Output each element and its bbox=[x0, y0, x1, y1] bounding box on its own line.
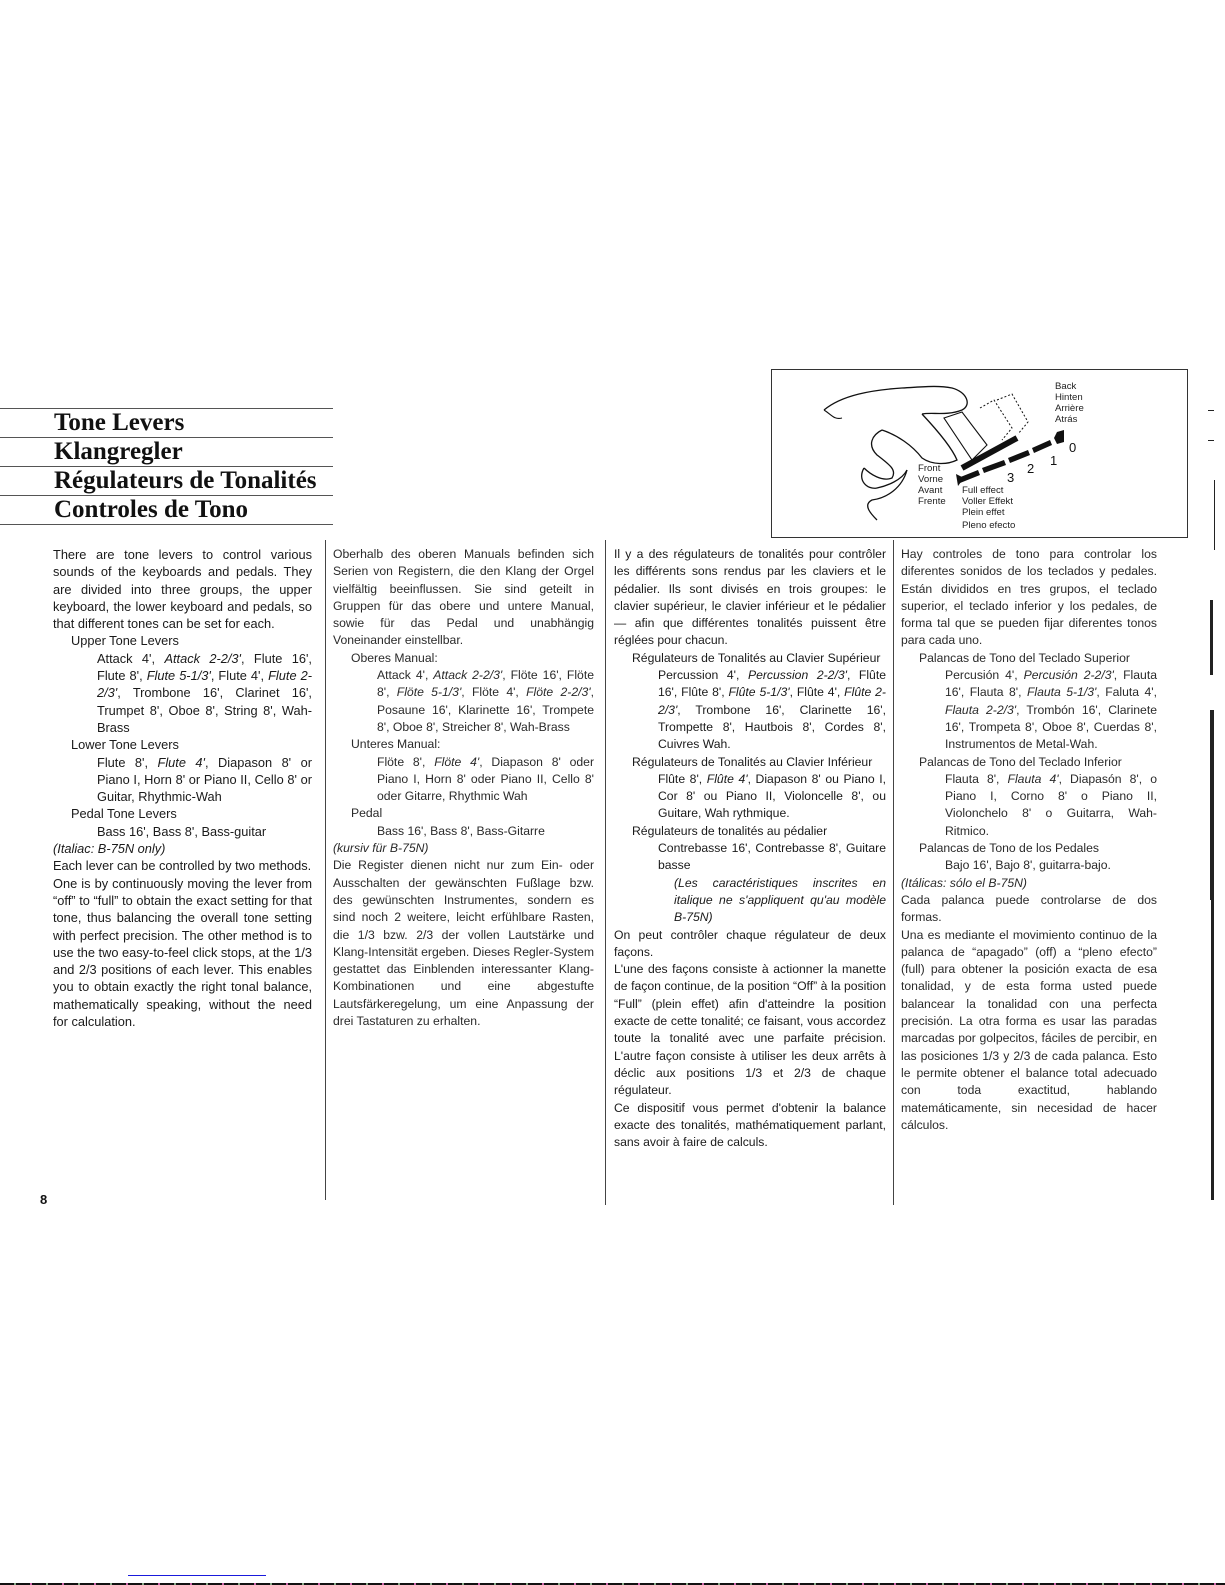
french-upper-heading: Régulateurs de Tonalités au Clavier Supé… bbox=[614, 650, 886, 667]
page-number: 8 bbox=[40, 1192, 47, 1207]
spanish-paragraph-2: Una es mediante el movimiento continuo d… bbox=[901, 927, 1157, 1135]
french-lower-items: Flûte 8', Flûte 4', Diapason 8' ou Piano… bbox=[614, 771, 886, 823]
italic-stop-name: Flöte 2-2/3' bbox=[526, 685, 591, 699]
stop-list-text: Attack 4', bbox=[97, 651, 164, 666]
position-0: 0 bbox=[1069, 440, 1076, 455]
edge-binding bbox=[1210, 710, 1214, 900]
title-french: Régulateurs de Tonalités bbox=[54, 467, 317, 495]
full-effect-en: Full effect bbox=[962, 485, 1003, 496]
spanish-paragraph-1: Cada palanca puede controlarse de dos fo… bbox=[901, 892, 1157, 927]
italic-stop-name: Flûte 5-1/3' bbox=[728, 685, 789, 699]
german-column: Oberhalb des oberen Manuals befinden sic… bbox=[333, 546, 594, 1030]
italic-stop-name: Flûte 4' bbox=[707, 772, 748, 786]
edge-binding bbox=[1210, 600, 1213, 675]
german-upper-heading: Oberes Manual: bbox=[333, 650, 594, 667]
full-effect-es: Pleno efecto bbox=[962, 520, 1015, 531]
english-intro: There are tone levers to control various… bbox=[53, 546, 312, 632]
stop-list-text: , Flûte 4', bbox=[790, 685, 845, 699]
italic-stop-name: Attack 2-2/3' bbox=[164, 651, 241, 666]
spanish-lower-heading: Palancas de Tono del Teclado Inferior bbox=[901, 754, 1157, 771]
french-lower-heading: Régulateurs de Tonalités au Clavier Infé… bbox=[614, 754, 886, 771]
stop-list-text: , Flute 4', bbox=[211, 668, 268, 683]
stop-list-text: Flauta 8', bbox=[945, 772, 1008, 786]
front-label-es: Frente bbox=[918, 496, 946, 507]
spanish-pedal-items: Bajo 16', Bajo 8', guitarra-bajo. bbox=[901, 857, 1157, 874]
italic-stop-name: Flauta 4' bbox=[1008, 772, 1059, 786]
column-divider bbox=[605, 540, 606, 1205]
spanish-column: Hay controles de tono para controlar los… bbox=[901, 546, 1157, 1134]
french-intro: Il y a des régulateurs de tonalités pour… bbox=[614, 546, 886, 650]
spanish-lower-items: Flauta 8', Flauta 4', Diapasón 8', o Pia… bbox=[901, 771, 1157, 840]
italic-stop-name: Flauta 2-2/3' bbox=[945, 703, 1016, 717]
spanish-pedal-heading: Palancas de Tono de los Pedales bbox=[901, 840, 1157, 857]
french-pedal-heading: Régulateurs de tonalités au pédalier bbox=[614, 823, 886, 840]
english-column: There are tone levers to control various… bbox=[53, 546, 312, 1030]
front-label-de: Vorne bbox=[918, 474, 943, 485]
title-spanish: Controles de Tono bbox=[54, 496, 248, 524]
tone-lever-diagram: Back Hinten Arrière Atrás 0 1 2 3 Front … bbox=[771, 369, 1188, 538]
position-3: 3 bbox=[1007, 470, 1014, 485]
italic-stop-name: Flöte 5-1/3' bbox=[397, 685, 462, 699]
english-upper-heading: Upper Tone Levers bbox=[53, 632, 312, 649]
edge-tick bbox=[1208, 410, 1214, 411]
italic-stop-name: Flauta 5-1/3' bbox=[1027, 685, 1096, 699]
stop-list-text: , Trombone 16', Clarinet 16', Trumpet 8'… bbox=[97, 685, 312, 735]
title-french-row: Régulateurs de Tonalités bbox=[0, 466, 333, 495]
english-lower-heading: Lower Tone Levers bbox=[53, 736, 312, 753]
stop-list-text: , Faluta 4', bbox=[1096, 685, 1157, 699]
italic-stop-name: Flöte 4' bbox=[434, 755, 479, 769]
italic-stop-name: Flute 5-1/3' bbox=[147, 668, 211, 683]
spanish-upper-items: Percusión 4', Percusión 2-2/3', Flauta 1… bbox=[901, 667, 1157, 753]
stop-list-text: Flöte 8', bbox=[377, 755, 434, 769]
french-paragraph-3: Ce dispositif vous permet d'obtenir la b… bbox=[614, 1100, 886, 1152]
italic-stop-name: Percussion 2-2/3' bbox=[748, 668, 847, 682]
back-label-es: Atrás bbox=[1055, 414, 1077, 425]
stop-list-text: , Flöte 4', bbox=[461, 685, 526, 699]
title-block: Tone Levers Klangregler Régulateurs de T… bbox=[0, 408, 333, 525]
column-divider bbox=[893, 540, 894, 1205]
german-lower-heading: Unteres Manual: bbox=[333, 736, 594, 753]
front-label-fr: Avant bbox=[918, 485, 942, 496]
english-upper-items: Attack 4', Attack 2-2/3', Flute 16', Flu… bbox=[53, 650, 312, 736]
english-pedal-heading: Pedal Tone Levers bbox=[53, 805, 312, 822]
position-2: 2 bbox=[1027, 461, 1034, 476]
italic-stop-name: Attack 2-2/3' bbox=[433, 668, 502, 682]
stop-list-text: Percussion 4', bbox=[658, 668, 748, 682]
spanish-intro: Hay controles de tono para controlar los… bbox=[901, 546, 1157, 650]
german-intro: Oberhalb des oberen Manuals befinden sic… bbox=[333, 546, 594, 650]
french-upper-items: Percussion 4', Percussion 2-2/3', Flûte … bbox=[614, 667, 886, 753]
stop-list-text: Flûte 8', bbox=[658, 772, 707, 786]
stop-list-text: Attack 4', bbox=[377, 668, 433, 682]
title-german: Klangregler bbox=[54, 438, 183, 466]
title-spanish-row: Controles de Tono bbox=[0, 495, 333, 525]
edge-line bbox=[1214, 480, 1215, 550]
title-english-row: Tone Levers bbox=[0, 408, 333, 437]
english-italic-note: (Italiac: B-75N only) bbox=[53, 840, 312, 857]
italic-stop-name: Flute 4' bbox=[158, 755, 205, 770]
french-column: Il y a des régulateurs de tonalités pour… bbox=[614, 546, 886, 1151]
link-underline bbox=[128, 1575, 266, 1576]
english-paragraph-1: Each lever can be controlled by two meth… bbox=[53, 857, 312, 874]
english-paragraph-2: One is by continuously moving the lever … bbox=[53, 875, 312, 1031]
german-upper-items: Attack 4', Attack 2-2/3', Flöte 16', Flö… bbox=[333, 667, 594, 736]
french-pedal-items: Contrebasse 16', Contrebasse 8', Guitare… bbox=[614, 840, 886, 875]
edge-tick bbox=[1208, 440, 1214, 441]
stop-list-text: Percusión 4', bbox=[945, 668, 1024, 682]
french-paragraph-2: L'une des façons consiste à actionner la… bbox=[614, 961, 886, 1099]
back-label-en: Back bbox=[1055, 381, 1076, 392]
back-label-de: Hinten bbox=[1055, 392, 1083, 403]
edge-binding bbox=[1211, 900, 1214, 1200]
spanish-italic-note: (Itálicas: sólo el B-75N) bbox=[901, 875, 1157, 892]
full-effect-de: Voller Effekt bbox=[962, 496, 1013, 507]
german-pedal-heading: Pedal bbox=[333, 805, 594, 822]
italic-stop-name: Percusión 2-2/3' bbox=[1024, 668, 1114, 682]
position-1: 1 bbox=[1050, 453, 1057, 468]
english-pedal-items: Bass 16', Bass 8', Bass-guitar bbox=[53, 823, 312, 840]
french-paragraph-1: On peut contrôler chaque régulateur de d… bbox=[614, 927, 886, 962]
german-pedal-items: Bass 16', Bass 8', Bass-Gitarre bbox=[333, 823, 594, 840]
german-lower-items: Flöte 8', Flöte 4', Diapason 8' oder Pia… bbox=[333, 754, 594, 806]
german-paragraph-1: Die Register dienen nicht nur zum Ein- o… bbox=[333, 857, 594, 1030]
full-effect-fr: Plein effet bbox=[962, 507, 1005, 518]
english-lower-items: Flute 8', Flute 4', Diapason 8' or Piano… bbox=[53, 754, 312, 806]
stop-list-text: Flute 8', bbox=[97, 755, 158, 770]
title-german-row: Klangregler bbox=[0, 437, 333, 466]
back-label-fr: Arrière bbox=[1055, 403, 1084, 414]
german-italic-note: (kursiv für B-75N) bbox=[333, 840, 594, 857]
french-italic-note: (Les caractéristiques inscrites en itali… bbox=[614, 875, 886, 927]
title-english: Tone Levers bbox=[54, 409, 184, 437]
spanish-upper-heading: Palancas de Tono del Teclado Superior bbox=[901, 650, 1157, 667]
front-label-en: Front bbox=[918, 463, 940, 474]
column-divider bbox=[325, 540, 326, 1200]
stop-list-text: , Trombone 16', Clarinette 16', Trompett… bbox=[658, 703, 886, 752]
